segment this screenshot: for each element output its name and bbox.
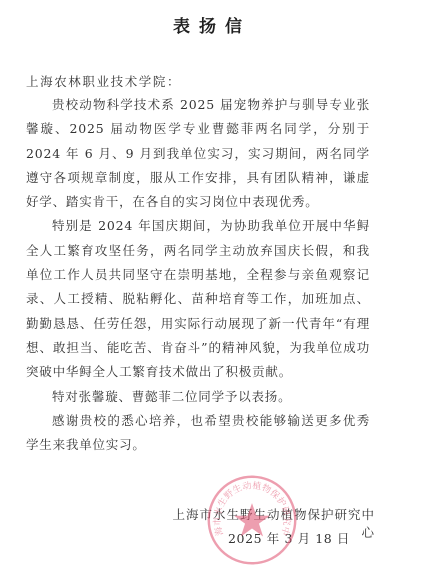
letter-salutation: 上海农林职业技术学院：	[26, 72, 181, 90]
signature-date: 2025 年 3 月 18 日	[228, 529, 350, 547]
letter-title: 表扬信	[0, 12, 424, 37]
letter-body: 贵校动物科学技术系 2025 届宠物养护与驯导专业张馨璇、2025 届动物医学专…	[26, 93, 370, 457]
paragraph-national-day: 特别是 2024 年国庆期间，为协助我单位开展中华鲟全人工繁育攻坚任务，两名同学…	[26, 214, 370, 384]
paragraph-thanks: 感谢贵校的悉心培养，也希望贵校能够输送更多优秀学生来我单位实习。	[26, 409, 370, 458]
paragraph-internship: 贵校动物科学技术系 2025 届宠物养护与驯导专业张馨璇、2025 届动物医学专…	[26, 93, 370, 214]
paragraph-commendation: 特对张馨璇、曹懿菲二位同学予以表扬。	[26, 385, 370, 409]
commendation-letter: 表扬信 上海农林职业技术学院： 贵校动物科学技术系 2025 届宠物养护与驯导专…	[0, 0, 424, 574]
